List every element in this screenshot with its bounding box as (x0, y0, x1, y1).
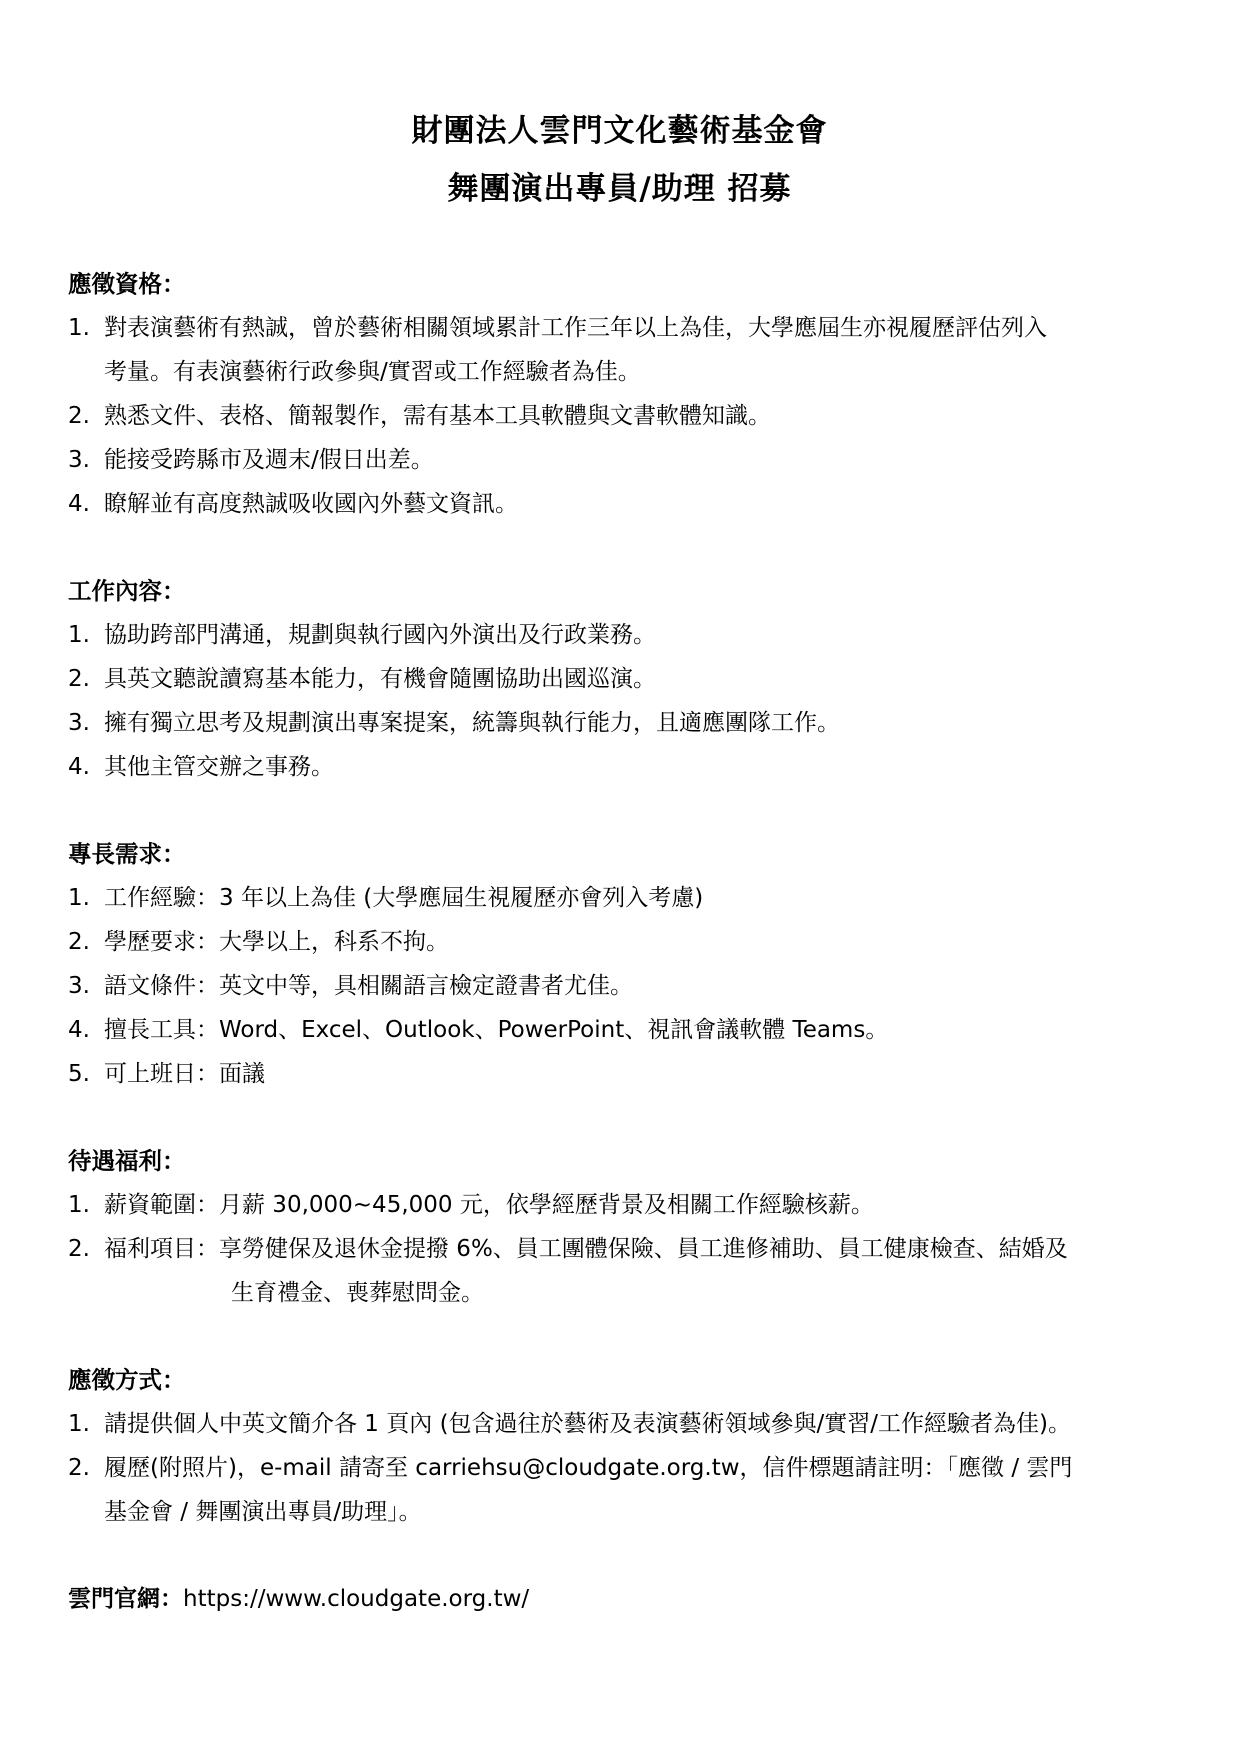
section-heading: 應徵資格： (68, 262, 1171, 306)
list-item-text: 能接受跨縣市及週末/假日出差。 (104, 438, 1171, 482)
list-item-text: 工作經驗：3 年以上為佳 (大學應屆生視履歷亦會列入考慮) (104, 876, 1171, 920)
list-item-line: 工作經驗：3 年以上為佳 (大學應屆生視履歷亦會列入考慮) (104, 876, 1171, 920)
section-skill-requirements: 專長需求： 1. 工作經驗：3 年以上為佳 (大學應屆生視履歷亦會列入考慮) 2… (68, 832, 1171, 1096)
list-item-line: 請提供個人中英文簡介各 1 頁內 (包含過往於藝術及表演藝術領域參與/實習/工作… (104, 1402, 1171, 1446)
list-item-line: 生育禮金、喪葬慰問金。 (104, 1271, 1171, 1315)
list-item: 2. 學歷要求：大學以上，科系不拘。 (68, 920, 1171, 964)
list-item-line: 對表演藝術有熱誠，曾於藝術相關領域累計工作三年以上為佳，大學應屆生亦視履歷評估列… (104, 306, 1171, 350)
list-item: 1. 請提供個人中英文簡介各 1 頁內 (包含過往於藝術及表演藝術領域參與/實習… (68, 1402, 1171, 1446)
section-heading: 應徵方式： (68, 1358, 1171, 1402)
section-how-to-apply: 應徵方式： 1. 請提供個人中英文簡介各 1 頁內 (包含過往於藝術及表演藝術領… (68, 1358, 1171, 1534)
list-item: 3. 能接受跨縣市及週末/假日出差。 (68, 438, 1171, 482)
list-item-number: 3. (68, 438, 104, 482)
list-item-line: 語文條件：英文中等，具相關語言檢定證書者尤佳。 (104, 964, 1171, 1008)
list-item-number: 2. (68, 394, 104, 438)
list-item-text: 語文條件：英文中等，具相關語言檢定證書者尤佳。 (104, 964, 1171, 1008)
document-page: 財團法人雲門文化藝術基金會 舞團演出專員/助理 招募 應徵資格： 1. 對表演藝… (0, 0, 1241, 1755)
list-item-text: 具英文聽說讀寫基本能力，有機會隨團協助出國巡演。 (104, 657, 1171, 701)
list-item-line: 擁有獨立思考及規劃演出專案提案，統籌與執行能力，且適應團隊工作。 (104, 701, 1171, 745)
list-item-number: 2. (68, 920, 104, 964)
document-subtitle: 舞團演出專員/助理 招募 (68, 164, 1171, 214)
list-item-text: 熟悉文件、表格、簡報製作，需有基本工具軟體與文書軟體知識。 (104, 394, 1171, 438)
list-item-number: 3. (68, 701, 104, 745)
section-compensation-benefits: 待遇福利： 1. 薪資範圍：月薪 30,000~45,000 元，依學經歷背景及… (68, 1139, 1171, 1315)
list-item-text: 其他主管交辦之事務。 (104, 745, 1171, 789)
list-item: 1. 協助跨部門溝通，規劃與執行國內外演出及行政業務。 (68, 613, 1171, 657)
list-item-line: 基金會 / 舞團演出專員/助理」。 (104, 1490, 1171, 1534)
list-item: 5. 可上班日：面議 (68, 1052, 1171, 1096)
list-item-text: 請提供個人中英文簡介各 1 頁內 (包含過往於藝術及表演藝術領域參與/實習/工作… (104, 1402, 1171, 1446)
list-item-number: 2. (68, 657, 104, 701)
list-item-text: 擁有獨立思考及規劃演出專案提案，統籌與執行能力，且適應團隊工作。 (104, 701, 1171, 745)
list-item-line: 考量。有表演藝術行政參與/實習或工作經驗者為佳。 (104, 350, 1171, 394)
list-item-text: 薪資範圍：月薪 30,000~45,000 元，依學經歷背景及相關工作經驗核薪。 (104, 1183, 1171, 1227)
list-item-number: 1. (68, 1402, 104, 1446)
list-item-number: 1. (68, 876, 104, 920)
list-item: 2. 福利項目：享勞健保及退休金提撥 6%、員工團體保險、員工進修補助、員工健康… (68, 1227, 1171, 1315)
list-item-text: 瞭解並有高度熱誠吸收國內外藝文資訊。 (104, 482, 1171, 526)
list-item-text: 協助跨部門溝通，規劃與執行國內外演出及行政業務。 (104, 613, 1171, 657)
list-item: 4. 其他主管交辦之事務。 (68, 745, 1171, 789)
list-item: 2. 熟悉文件、表格、簡報製作，需有基本工具軟體與文書軟體知識。 (68, 394, 1171, 438)
list-item-line: 可上班日：面議 (104, 1052, 1171, 1096)
list-item-line: 具英文聽說讀寫基本能力，有機會隨團協助出國巡演。 (104, 657, 1171, 701)
list-item-number: 4. (68, 745, 104, 789)
list-item: 3. 語文條件：英文中等，具相關語言檢定證書者尤佳。 (68, 964, 1171, 1008)
section-qualifications: 應徵資格： 1. 對表演藝術有熱誠，曾於藝術相關領域累計工作三年以上為佳，大學應… (68, 262, 1171, 526)
list-item: 1. 工作經驗：3 年以上為佳 (大學應屆生視履歷亦會列入考慮) (68, 876, 1171, 920)
section-heading: 工作內容： (68, 569, 1171, 613)
list-item-number: 2. (68, 1446, 104, 1534)
list-item: 3. 擁有獨立思考及規劃演出專案提案，統籌與執行能力，且適應團隊工作。 (68, 701, 1171, 745)
list-item: 1. 薪資範圍：月薪 30,000~45,000 元，依學經歷背景及相關工作經驗… (68, 1183, 1171, 1227)
list-item-line: 其他主管交辦之事務。 (104, 745, 1171, 789)
website-line: 雲門官網：https://www.cloudgate.org.tw/ (68, 1577, 1171, 1621)
list-item-text: 履歷(附照片)，e-mail 請寄至 carriehsu@cloudgate.o… (104, 1446, 1171, 1534)
list-item-number: 4. (68, 1008, 104, 1052)
list-item-number: 1. (68, 1183, 104, 1227)
section-job-description: 工作內容： 1. 協助跨部門溝通，規劃與執行國內外演出及行政業務。 2. 具英文… (68, 569, 1171, 789)
list-item: 2. 具英文聽說讀寫基本能力，有機會隨團協助出國巡演。 (68, 657, 1171, 701)
list-item-number: 1. (68, 306, 104, 394)
list-item-line: 能接受跨縣市及週末/假日出差。 (104, 438, 1171, 482)
website-url: https://www.cloudgate.org.tw/ (183, 1586, 529, 1612)
list-item-text: 對表演藝術有熱誠，曾於藝術相關領域累計工作三年以上為佳，大學應屆生亦視履歷評估列… (104, 306, 1171, 394)
section-heading: 專長需求： (68, 832, 1171, 876)
list-item-number: 5. (68, 1052, 104, 1096)
list-item-number: 1. (68, 613, 104, 657)
document-title: 財團法人雲門文化藝術基金會 (68, 106, 1171, 156)
list-item-line: 瞭解並有高度熱誠吸收國內外藝文資訊。 (104, 482, 1171, 526)
list-item-line: 擅長工具：Word、Excel、Outlook、PowerPoint、視訊會議軟… (104, 1008, 1171, 1052)
list-item-line: 熟悉文件、表格、簡報製作，需有基本工具軟體與文書軟體知識。 (104, 394, 1171, 438)
list-item: 2. 履歷(附照片)，e-mail 請寄至 carriehsu@cloudgat… (68, 1446, 1171, 1534)
list-item-text: 可上班日：面議 (104, 1052, 1171, 1096)
list-item-line-email: 履歷(附照片)，e-mail 請寄至 carriehsu@cloudgate.o… (104, 1446, 1171, 1490)
list-item-text: 擅長工具：Word、Excel、Outlook、PowerPoint、視訊會議軟… (104, 1008, 1171, 1052)
list-item-line: 薪資範圍：月薪 30,000~45,000 元，依學經歷背景及相關工作經驗核薪。 (104, 1183, 1171, 1227)
list-item-line: 福利項目：享勞健保及退休金提撥 6%、員工團體保險、員工進修補助、員工健康檢查、… (104, 1227, 1171, 1271)
list-item-text: 學歷要求：大學以上，科系不拘。 (104, 920, 1171, 964)
section-heading: 待遇福利： (68, 1139, 1171, 1183)
list-item-line: 協助跨部門溝通，規劃與執行國內外演出及行政業務。 (104, 613, 1171, 657)
list-item-text: 福利項目：享勞健保及退休金提撥 6%、員工團體保險、員工進修補助、員工健康檢查、… (104, 1227, 1171, 1315)
list-item-line: 學歷要求：大學以上，科系不拘。 (104, 920, 1171, 964)
list-item-number: 3. (68, 964, 104, 1008)
website-label: 雲門官網： (68, 1586, 183, 1612)
list-item: 4. 擅長工具：Word、Excel、Outlook、PowerPoint、視訊… (68, 1008, 1171, 1052)
list-item: 1. 對表演藝術有熱誠，曾於藝術相關領域累計工作三年以上為佳，大學應屆生亦視履歷… (68, 306, 1171, 394)
list-item-number: 4. (68, 482, 104, 526)
list-item: 4. 瞭解並有高度熱誠吸收國內外藝文資訊。 (68, 482, 1171, 526)
list-item-number: 2. (68, 1227, 104, 1315)
